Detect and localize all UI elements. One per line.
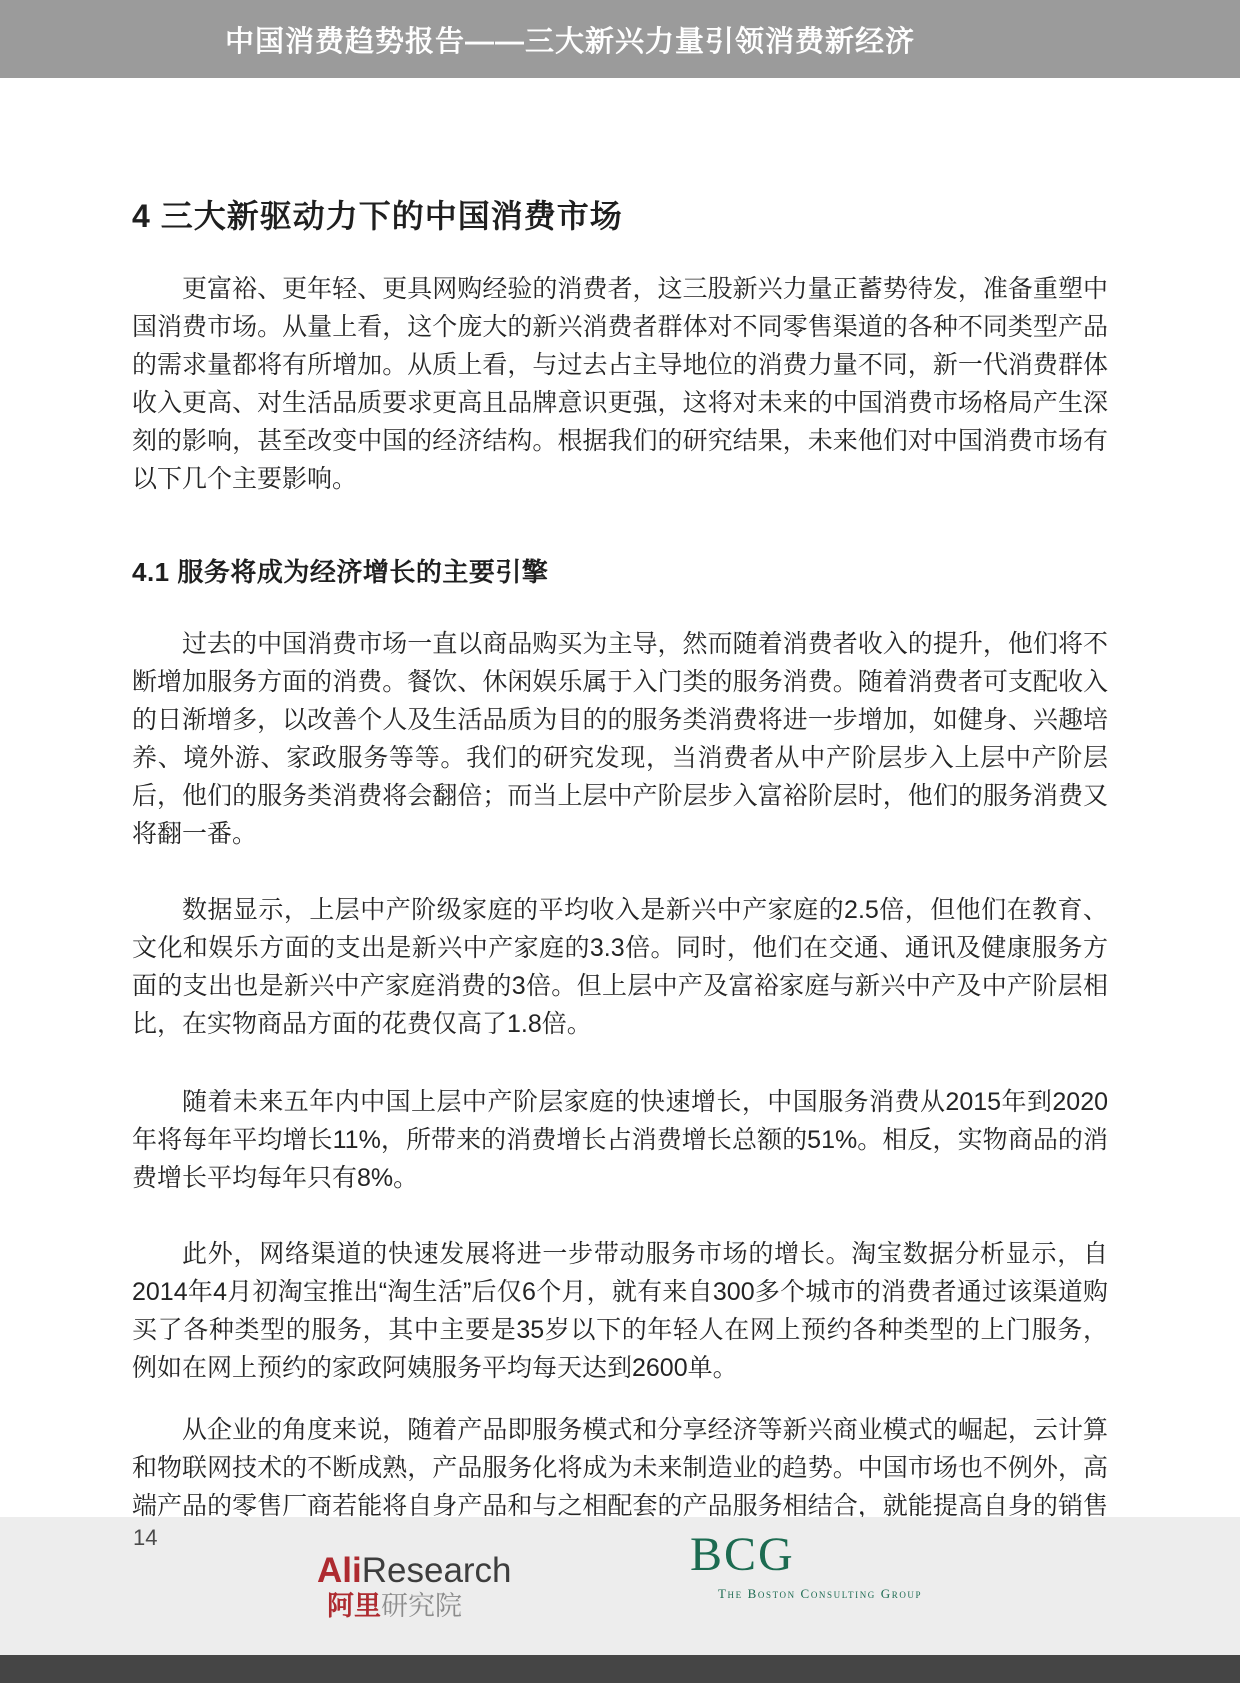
subsection-heading: 4.1 服务将成为经济增长的主要引擎 bbox=[132, 556, 1108, 590]
aliresearch-logo-en: AliResearch bbox=[317, 1553, 512, 1588]
bcg-logo-tagline: The Boston Consulting Group bbox=[718, 1587, 922, 1600]
page-footer: 14 AliResearch 阿里研究院 BCG The Boston Cons… bbox=[0, 1517, 1240, 1655]
aliresearch-logo-cn-brand: 阿里 bbox=[327, 1591, 381, 1621]
aliresearch-logo-ali-text: Ali bbox=[317, 1551, 362, 1590]
aliresearch-logo-research-text: Research bbox=[362, 1551, 512, 1590]
bcg-logo-acronym: BCG bbox=[690, 1531, 922, 1579]
page-number: 14 bbox=[133, 1525, 157, 1551]
paragraph-intro: 更富裕、更年轻、更具网购经验的消费者，这三股新兴力量正蓄势待发，准备重塑中国消费… bbox=[132, 270, 1108, 498]
paragraph-growth-forecast: 随着未来五年内中国上层中产阶层家庭的快速增长，中国服务消费从2015年到2020… bbox=[132, 1083, 1108, 1197]
page-header-bar: 中国消费趋势报告——三大新兴力量引领消费新经济 bbox=[0, 0, 1240, 78]
bottom-accent-bar bbox=[0, 1655, 1240, 1683]
aliresearch-logo: AliResearch 阿里研究院 bbox=[317, 1553, 512, 1620]
bcg-logo: BCG The Boston Consulting Group bbox=[690, 1531, 922, 1600]
aliresearch-logo-cn-institute: 研究院 bbox=[381, 1591, 462, 1621]
section-heading: 4 三大新驱动力下的中国消费市场 bbox=[132, 196, 1108, 238]
paragraph-services-growth: 过去的中国消费市场一直以商品购买为主导，然而随着消费者收入的提升，他们将不断增加… bbox=[132, 625, 1108, 853]
paragraph-online-channel: 此外，网络渠道的快速发展将进一步带动服务市场的增长。淘宝数据分析显示，自2014… bbox=[132, 1235, 1108, 1387]
page-content: 4 三大新驱动力下的中国消费市场 更富裕、更年轻、更具网购经验的消费者，这三股新… bbox=[0, 78, 1240, 1563]
report-page: 中国消费趋势报告——三大新兴力量引领消费新经济 4 三大新驱动力下的中国消费市场… bbox=[0, 0, 1240, 1683]
report-title: 中国消费趋势报告——三大新兴力量引领消费新经济 bbox=[225, 19, 915, 60]
paragraph-spending-data: 数据显示，上层中产阶级家庭的平均收入是新兴中产家庭的2.5倍，但他们在教育、文化… bbox=[132, 891, 1108, 1043]
aliresearch-logo-cn: 阿里研究院 bbox=[317, 1593, 512, 1620]
